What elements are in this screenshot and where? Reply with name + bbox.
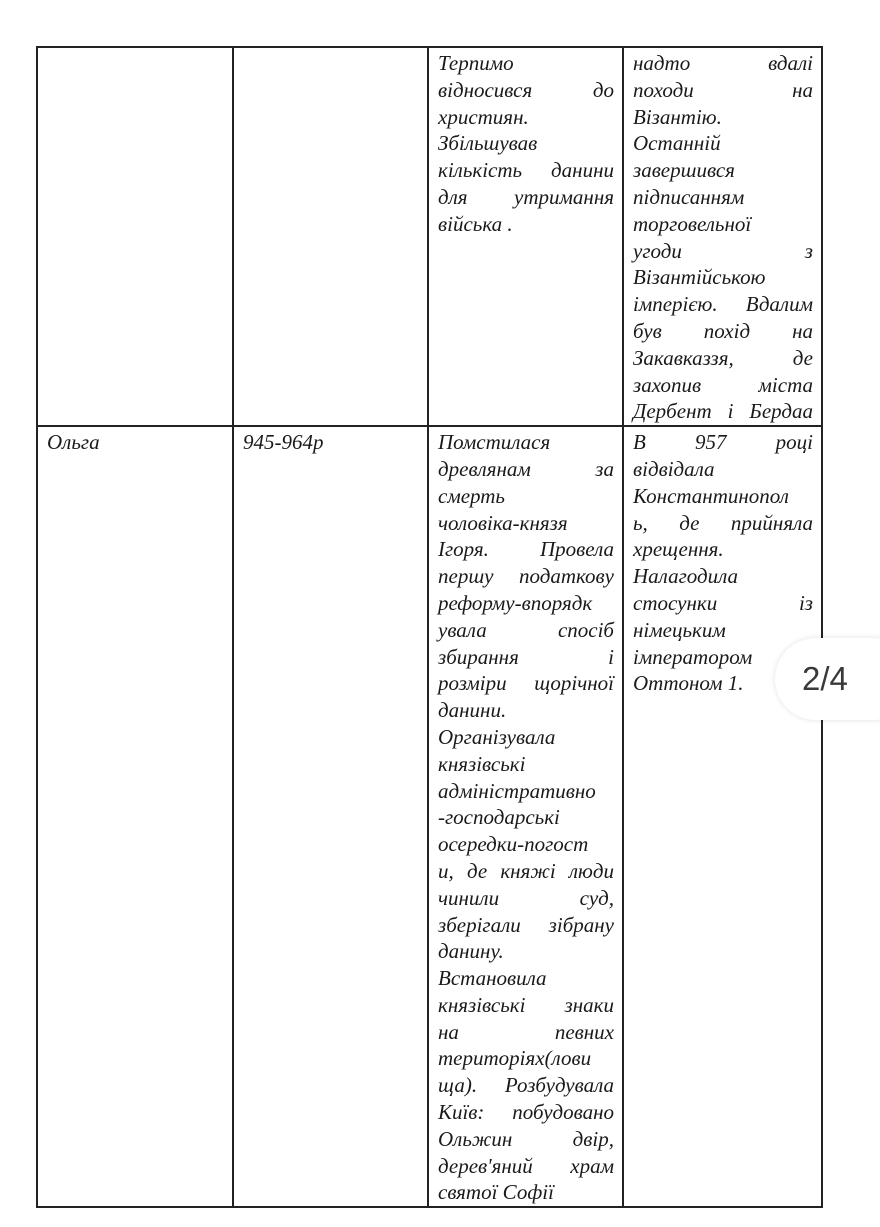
table-row: Терпимовідносився дохристиян.Збільшувавк… bbox=[37, 47, 822, 426]
ruler-years: 945-964р bbox=[243, 430, 324, 454]
cell-text-line: війська . bbox=[438, 211, 614, 238]
page-indicator-text: 2/4 bbox=[802, 660, 848, 698]
cell-text-line: Візантійською bbox=[633, 264, 813, 291]
cell-text-line: -господарські bbox=[438, 804, 614, 831]
cell-text-line: и, де княжі люди bbox=[438, 858, 614, 885]
cell-text-line: походи на bbox=[633, 77, 813, 104]
cell-text-line: Дербент і Бердаа bbox=[633, 398, 813, 425]
cell-text-line: підписанням bbox=[633, 184, 813, 211]
cell-text-line: Збільшував bbox=[438, 130, 614, 157]
cell-text-line: Останній bbox=[633, 130, 813, 157]
cell-text-line: В 957 році bbox=[633, 429, 813, 456]
cell-text-line: надто вдалі bbox=[633, 50, 813, 77]
domestic-policy-cell: Терпимовідносився дохристиян.Збільшувавк… bbox=[428, 47, 623, 426]
cell-text-line: завершився bbox=[633, 157, 813, 184]
cell-text-line: Ольжин двір, bbox=[438, 1126, 614, 1153]
cell-text-line: хрещення. bbox=[633, 536, 813, 563]
cell-text-line: захопив міста bbox=[633, 372, 813, 399]
cell-text-line: Візантію. bbox=[633, 104, 813, 131]
cell-text-line: територіях(лови bbox=[438, 1045, 614, 1072]
foreign-policy-cell: надто вдаліпоходи наВізантію.Останнійзав… bbox=[623, 47, 822, 426]
cell-text-line: ща). Розбудувала bbox=[438, 1072, 614, 1099]
cell-text-line: першу податкову bbox=[438, 563, 614, 590]
cell-text-line: був похід на bbox=[633, 318, 813, 345]
rulers-table: Терпимовідносився дохристиян.Збільшувавк… bbox=[36, 46, 823, 1208]
cell-text-line: святої Софії bbox=[438, 1179, 614, 1206]
cell-text-line: збирання і bbox=[438, 644, 614, 671]
cell-text-line: Налагодила bbox=[633, 563, 813, 590]
cell-text-line: для утримання bbox=[438, 184, 614, 211]
page-indicator: 2/4 bbox=[775, 638, 880, 720]
cell-text-line: відвідала bbox=[633, 456, 813, 483]
cell-text-line: Встановила bbox=[438, 965, 614, 992]
ruler-name: Ольга bbox=[47, 430, 100, 454]
cell-text-line: адміністративно bbox=[438, 778, 614, 805]
cell-text-line: увала спосіб bbox=[438, 617, 614, 644]
cell-text-line: кількість данини bbox=[438, 157, 614, 184]
cell-text-line: данини. bbox=[438, 697, 614, 724]
cell-text-line: відносився до bbox=[438, 77, 614, 104]
cell-text-line: розміри щорічної bbox=[438, 670, 614, 697]
cell-text-line: угоди з bbox=[633, 238, 813, 265]
foreign-policy-cell: В 957 роцівідвідалаКонстантинополь, де п… bbox=[623, 426, 822, 1207]
ruler-name-cell bbox=[37, 47, 233, 426]
cell-text-line: Закавказзя, де bbox=[633, 345, 813, 372]
cell-text-line: торговельної bbox=[633, 211, 813, 238]
cell-text-line: ь, де прийняла bbox=[633, 510, 813, 537]
cell-text-line: Константинопол bbox=[633, 483, 813, 510]
cell-text-line: чоловіка-князя bbox=[438, 510, 614, 537]
cell-text-line: древлянам за bbox=[438, 456, 614, 483]
cell-text-line: смерть bbox=[438, 483, 614, 510]
domestic-policy-cell: Помстиласядревлянам засмертьчоловіка-кня… bbox=[428, 426, 623, 1207]
cell-text-line: стосунки із bbox=[633, 590, 813, 617]
cell-text-line: німецьким bbox=[633, 617, 813, 644]
cell-text-line: дерев'яний храм bbox=[438, 1153, 614, 1180]
table-row: Ольга 945-964р Помстиласядревлянам засме… bbox=[37, 426, 822, 1207]
cell-text-line: християн. bbox=[438, 104, 614, 131]
cell-text-line: чинили суд, bbox=[438, 885, 614, 912]
cell-text-line: зберігали зібрану bbox=[438, 912, 614, 939]
cell-text-line: імперією. Вдалим bbox=[633, 291, 813, 318]
cell-text-line: данину. bbox=[438, 938, 614, 965]
ruler-years-cell: 945-964р bbox=[233, 426, 428, 1207]
ruler-years-cell bbox=[233, 47, 428, 426]
cell-text-line: Терпимо bbox=[438, 50, 614, 77]
cell-text-line: реформу-впорядк bbox=[438, 590, 614, 617]
cell-text-line: Організувала bbox=[438, 724, 614, 751]
cell-text-line: князівські bbox=[438, 751, 614, 778]
cell-text-line: Помстилася bbox=[438, 429, 614, 456]
cell-text-line: осередки-погост bbox=[438, 831, 614, 858]
cell-text-line: на певних bbox=[438, 1019, 614, 1046]
cell-text-line: Ігоря. Провела bbox=[438, 536, 614, 563]
cell-text-line: Київ: побудовано bbox=[438, 1099, 614, 1126]
cell-text-line: князівські знаки bbox=[438, 992, 614, 1019]
ruler-name-cell: Ольга bbox=[37, 426, 233, 1207]
